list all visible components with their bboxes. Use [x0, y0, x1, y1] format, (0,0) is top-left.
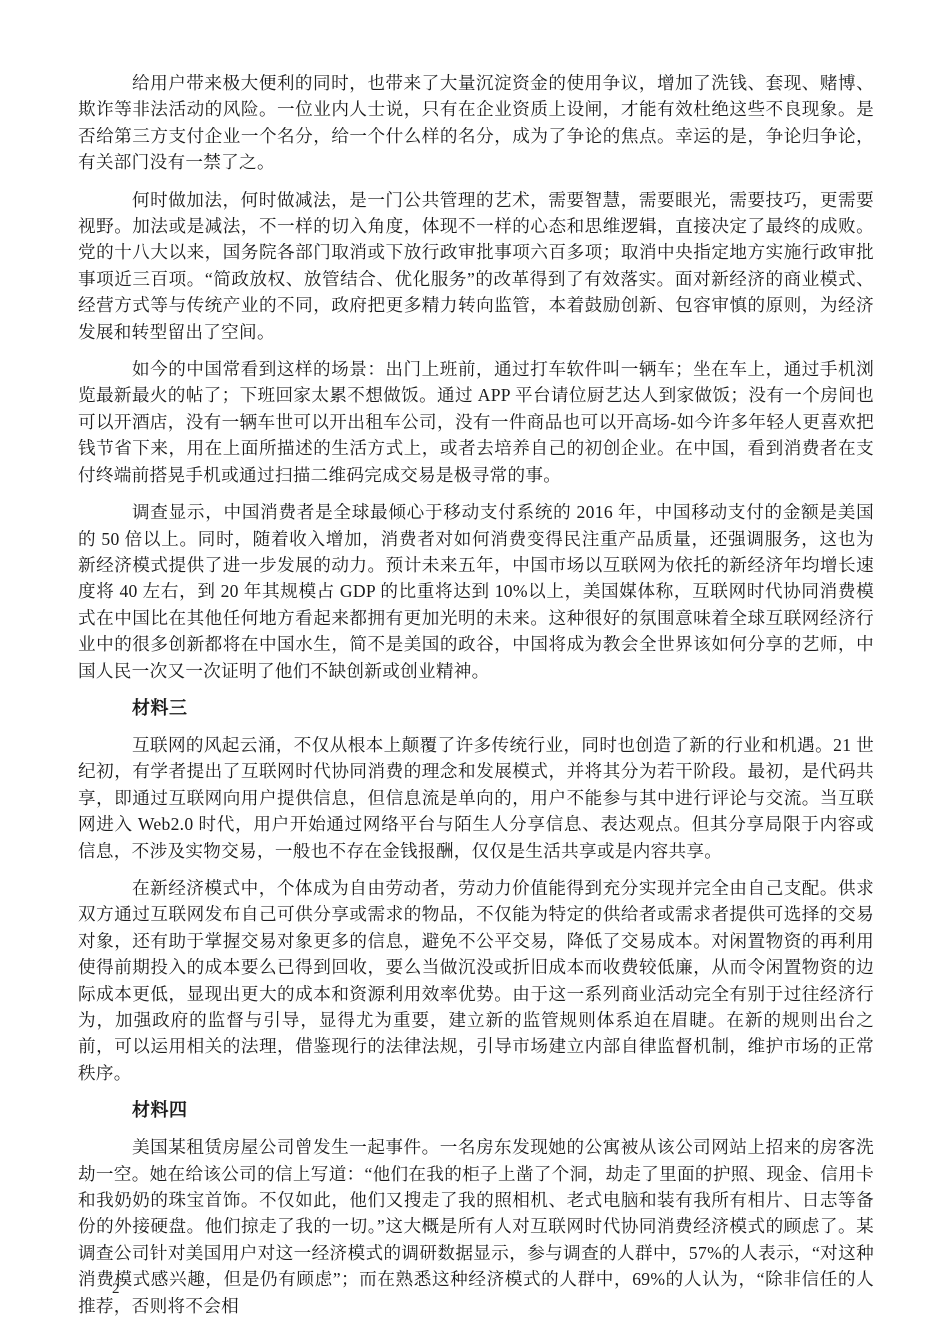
- body-paragraph: 何时做加法，何时做减法，是一门公共管理的艺术，需要智慧，需要眼光，需要技巧，更需…: [78, 187, 874, 345]
- material-heading: 材料四: [78, 1097, 874, 1123]
- page-number: 2: [112, 1280, 120, 1298]
- body-paragraph: 调查显示，中国消费者是全球最倾心于移动支付系统的 2016 年，中国移动支付的金…: [78, 499, 874, 684]
- body-paragraph: 给用户带来极大便利的同时，也带来了大量沉淀资金的使用争议，增加了洗钱、套现、赌博…: [78, 70, 874, 176]
- document-page: 给用户带来极大便利的同时，也带来了大量沉淀资金的使用争议，增加了洗钱、套现、赌博…: [0, 0, 950, 1344]
- body-paragraph: 如今的中国常看到这样的场景：出门上班前，通过打车软件叫一辆车；坐在车上，通过手机…: [78, 356, 874, 488]
- material-heading: 材料三: [78, 695, 874, 721]
- document-body: 给用户带来极大便利的同时，也带来了大量沉淀资金的使用争议，增加了洗钱、套现、赌博…: [78, 70, 874, 1330]
- body-paragraph: 在新经济模式中，个体成为自由劳动者，劳动力价值能得到充分实现并完全由自己支配。供…: [78, 875, 874, 1086]
- body-paragraph: 互联网的风起云涌，不仅从根本上颠覆了许多传统行业，同时也创造了新的行业和机遇。2…: [78, 732, 874, 864]
- body-paragraph: 美国某租赁房屋公司曾发生一起事件。一名房东发现她的公寓被从该公司网站上招来的房客…: [78, 1134, 874, 1319]
